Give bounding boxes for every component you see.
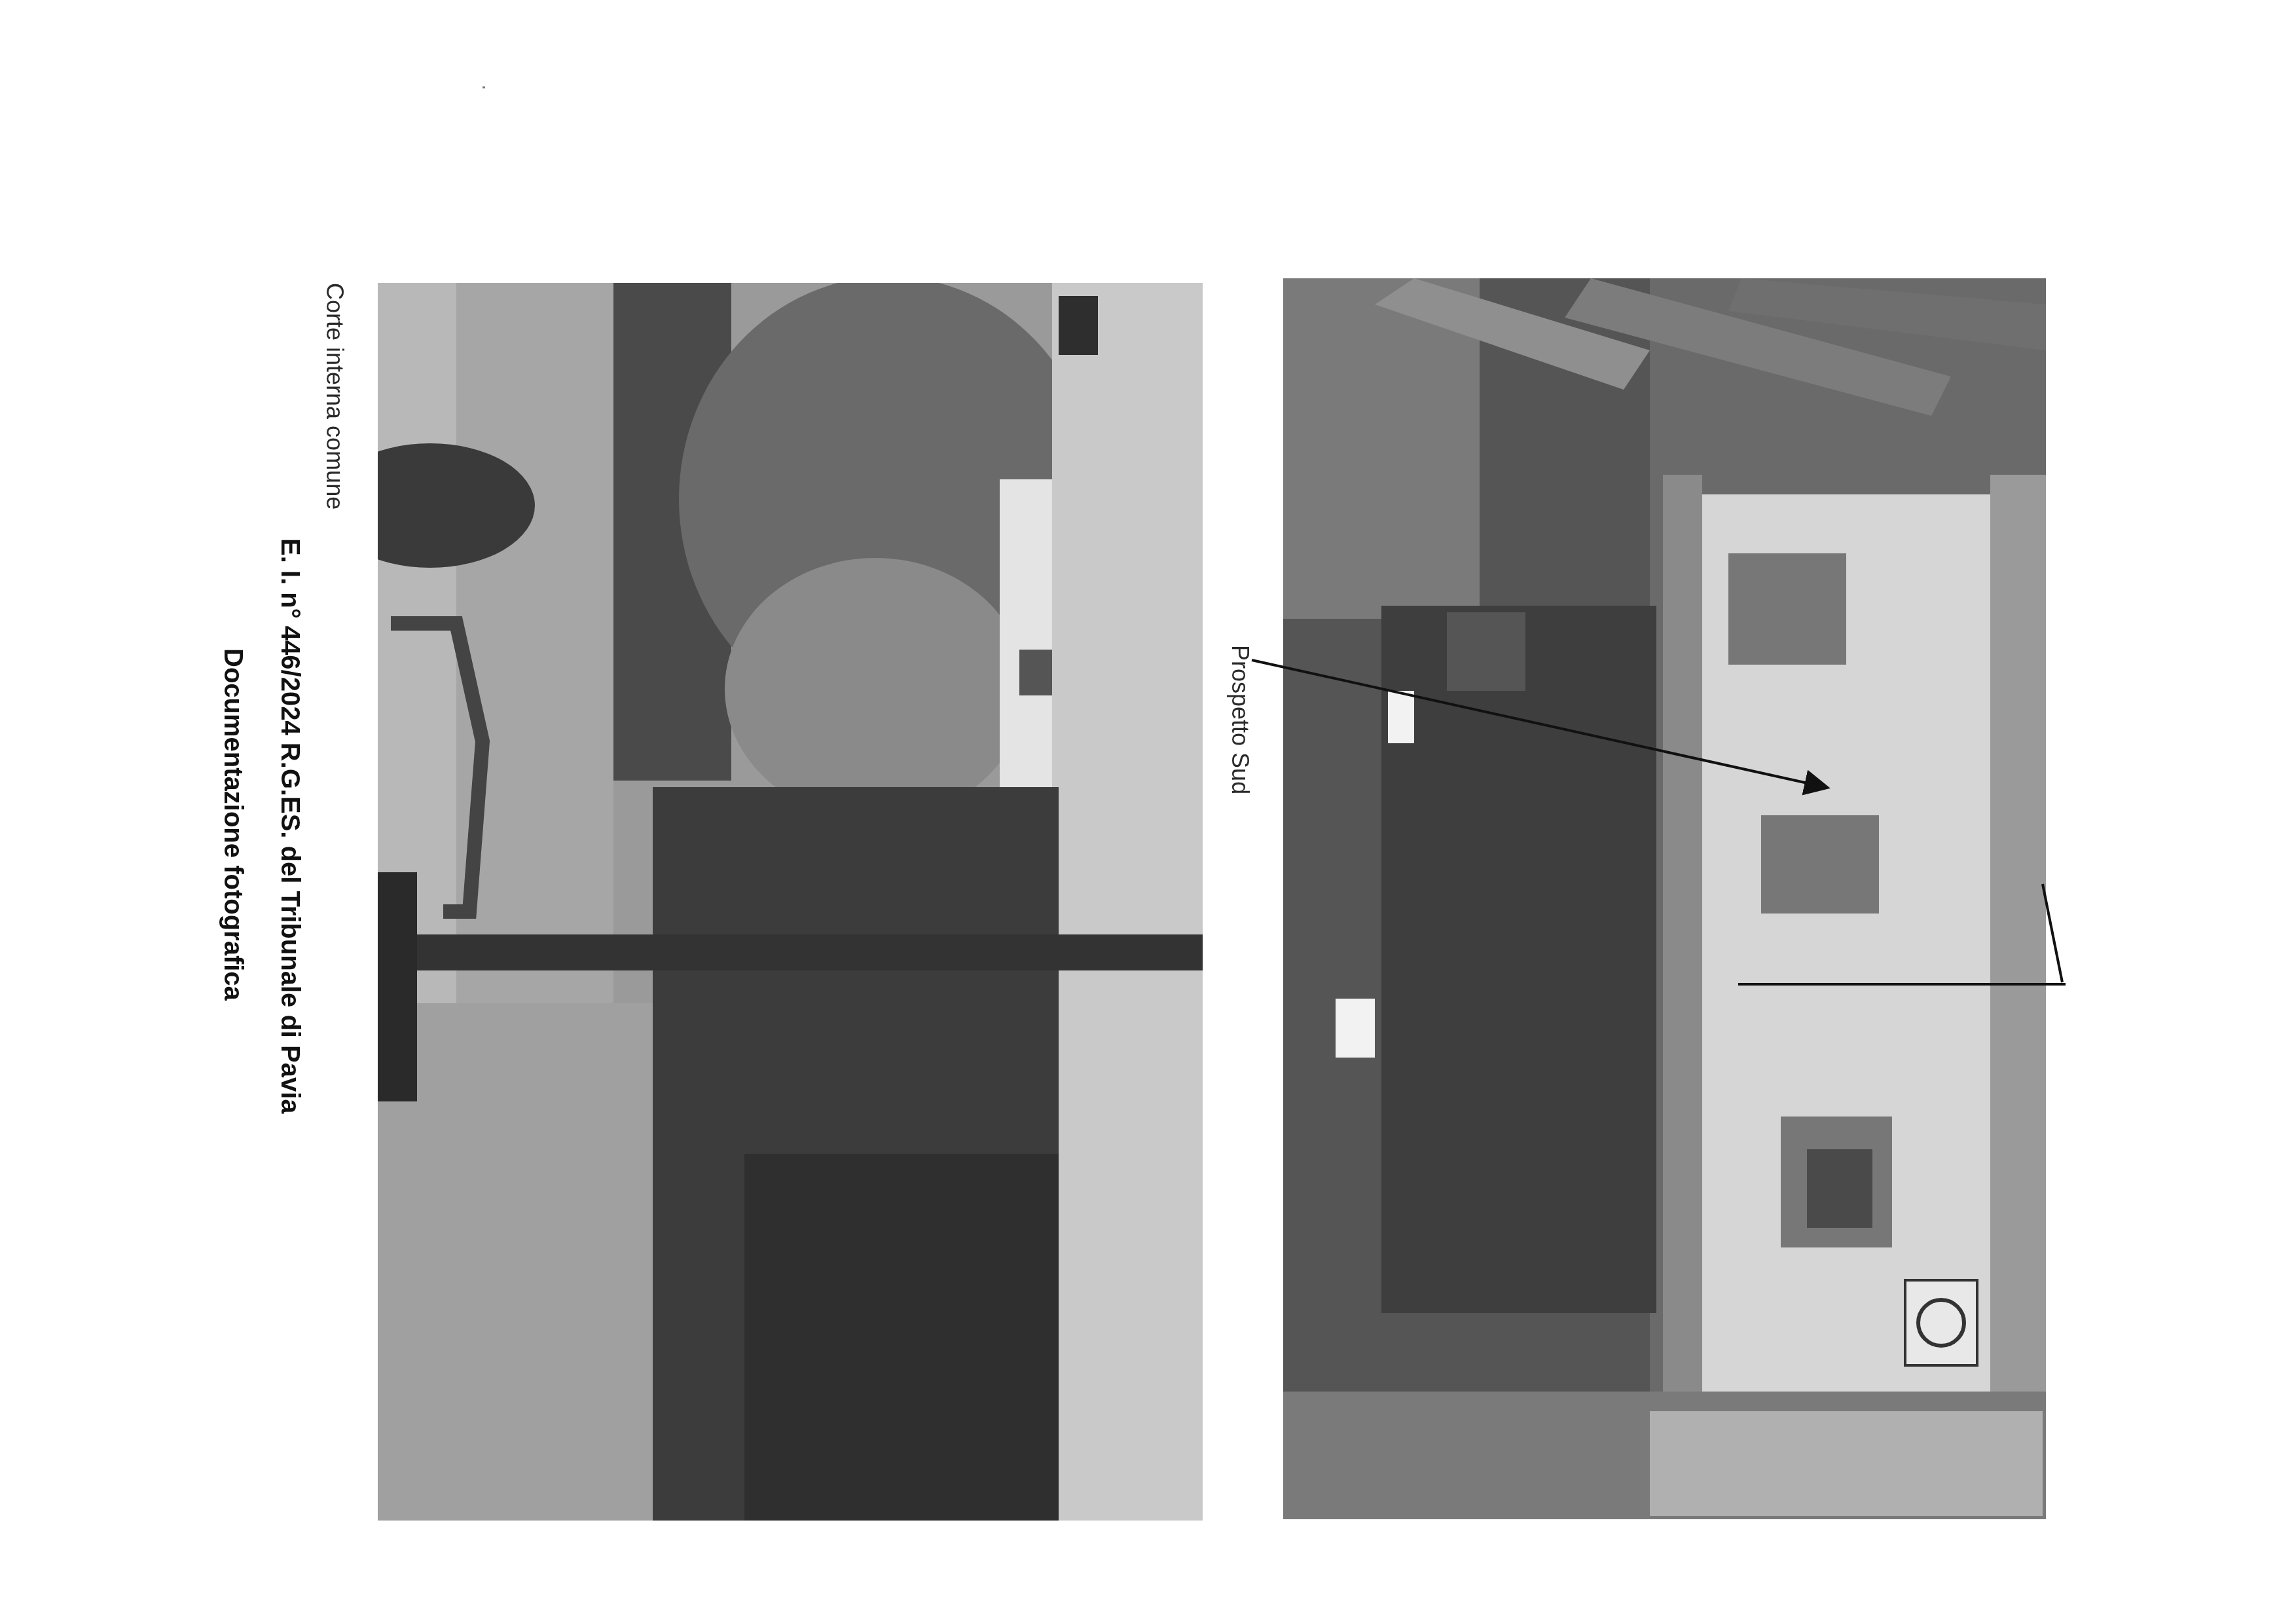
photo-south-facade	[1283, 278, 2046, 1519]
caption-courtyard: Corte interna comune	[321, 283, 348, 509]
section-title: Documentazione fotografica	[218, 648, 247, 1001]
courtyard-photo-image	[378, 283, 1203, 1521]
case-reference: E. I. n° 446/2024 R.G.ES. del Tribunale …	[275, 538, 304, 1114]
scan-speck	[483, 86, 485, 88]
caption-south-facade: Prospetto Sud	[1226, 645, 1254, 794]
photo-courtyard	[378, 283, 1203, 1521]
facade-photo-image	[1283, 278, 2046, 1519]
